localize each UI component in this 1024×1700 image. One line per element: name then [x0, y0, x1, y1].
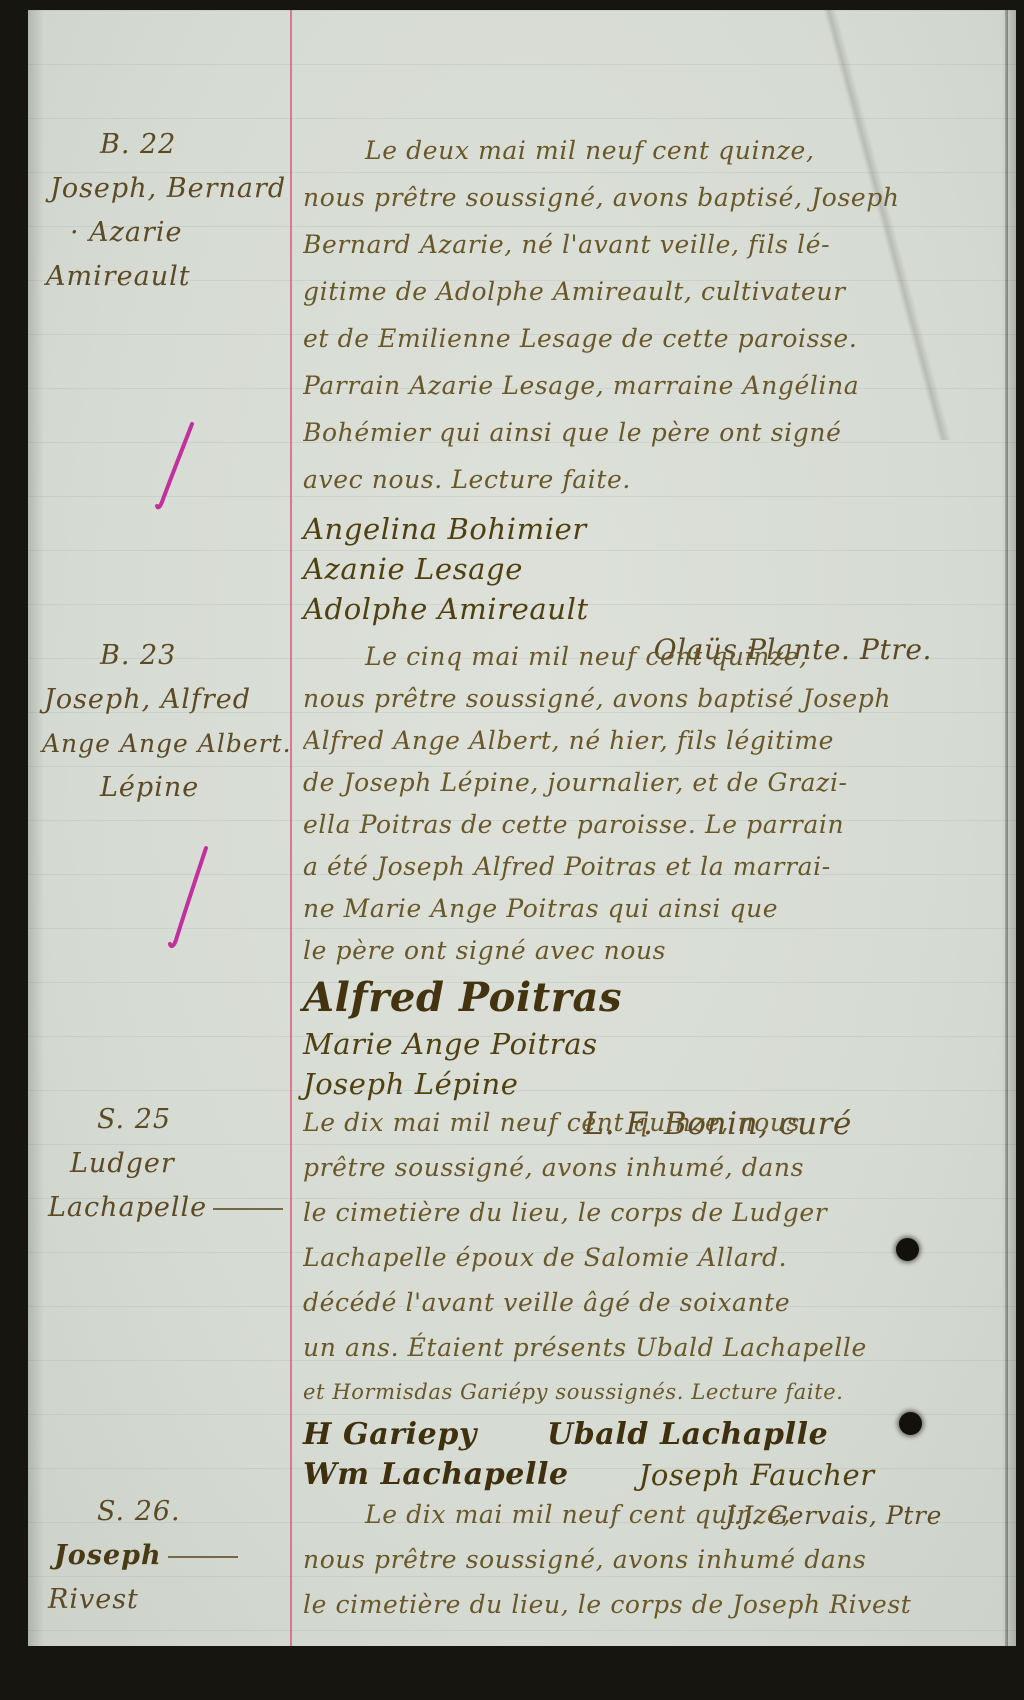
entry-name-line: Lachapelle	[42, 1186, 282, 1230]
register-line: Le dix mai mil neuf cent quinze, nous	[303, 1100, 1002, 1145]
register-line: avec nous. Lecture faite.	[303, 456, 1002, 503]
signature: Joseph Lépine	[303, 1064, 1002, 1104]
checkmark-icon	[146, 418, 206, 518]
entry-name-line: Rivest	[42, 1578, 282, 1622]
register-line: ella Poitras de cette paroisse. Le parra…	[303, 804, 1002, 846]
entry-margin-label: S. 25 Ludger Lachapelle	[42, 1098, 282, 1230]
entry-body: Le dix mai mil neuf cent quinze, nous pr…	[303, 1492, 1002, 1627]
entry-body: Le cinq mai mil neuf cent quinze, nous p…	[303, 636, 1002, 1142]
flourish-line	[213, 1208, 283, 1210]
register-line: nous prêtre soussigné, avons baptisé Jos…	[303, 678, 1002, 720]
signature: H Gariepy	[303, 1415, 477, 1455]
entry-name-line: Ludger	[42, 1142, 282, 1186]
signature: Alfred Poitras	[303, 972, 1002, 1024]
register-line: le père ont signé avec nous	[303, 930, 1002, 972]
register-line: a été Joseph Alfred Poitras et la marrai…	[303, 846, 1002, 888]
checkmark-icon	[158, 842, 218, 957]
signature-row: H Gariepy Ubald Lachaplle	[303, 1415, 1002, 1455]
entry-name-line: · Azarie	[42, 211, 282, 255]
register-line: le cimetière du lieu, le corps de Ludger	[303, 1190, 1002, 1235]
signature: Angelina Bohimier	[303, 509, 1002, 549]
register-line: gitime de Adolphe Amireault, cultivateur	[303, 268, 1002, 315]
entry-name-line: Joseph, Bernard	[42, 167, 282, 211]
entry-number: B. 22	[42, 123, 282, 167]
register-line: Bohémier qui ainsi que le père ont signé	[303, 409, 1002, 456]
page-edge-crease	[1005, 10, 1008, 1646]
entry-margin-label: B. 22 Joseph, Bernard · Azarie Amireault	[42, 123, 282, 299]
entry-name-line: Amireault	[42, 255, 282, 299]
entry-margin-label: S. 26. Joseph Rivest	[42, 1490, 282, 1622]
register-line: Alfred Ange Albert, né hier, fils légiti…	[303, 720, 1002, 762]
register-line: Bernard Azarie, né l'avant veille, fils …	[303, 221, 1002, 268]
register-line: décédé l'avant veille âgé de soixante	[303, 1280, 1002, 1325]
register-line: Le dix mai mil neuf cent quinze,	[303, 1492, 1002, 1537]
signature: Azanie Lesage	[303, 549, 1002, 589]
register-line: Le cinq mai mil neuf cent quinze,	[303, 636, 1002, 678]
register-line: ne Marie Ange Poitras qui ainsi que	[303, 888, 1002, 930]
register-line: le cimetière du lieu, le corps de Joseph…	[303, 1582, 1002, 1627]
register-line: Le deux mai mil neuf cent quinze,	[303, 127, 1002, 174]
punch-hole	[896, 1238, 919, 1261]
register-line: nous prêtre soussigné, avons baptisé, Jo…	[303, 174, 1002, 221]
signature: Marie Ange Poitras	[303, 1024, 1002, 1064]
entry-number: S. 25	[42, 1098, 282, 1142]
signature: Wm Lachapelle	[303, 1455, 569, 1495]
signature: Adolphe Amireault	[303, 589, 1002, 629]
margin-rule-line	[290, 10, 292, 1646]
punch-hole	[899, 1412, 922, 1435]
signature: Ubald Lachaplle	[547, 1415, 828, 1455]
entry-name-line: Lépine	[42, 766, 282, 810]
entry-name-line: Joseph	[42, 1534, 282, 1578]
signature: Joseph Faucher	[639, 1455, 875, 1495]
entry-number: S. 26.	[42, 1490, 282, 1534]
register-line: Lachapelle époux de Salomie Allard.	[303, 1235, 1002, 1280]
register-paper: B. 22 Joseph, Bernard · Azarie Amireault…	[28, 10, 1016, 1646]
register-line: un ans. Étaient présents Ubald Lachapell…	[303, 1325, 1002, 1370]
entry-number: B. 23	[42, 634, 282, 678]
entry-body: Le deux mai mil neuf cent quinze, nous p…	[303, 127, 1002, 666]
entry-name-line: Ange Ange Albert.	[42, 722, 282, 766]
scanned-register-page: { "colors": { "paper": "#d9ddd5", "ink":…	[0, 0, 1024, 1700]
register-line: Parrain Azarie Lesage, marraine Angélina	[303, 362, 1002, 409]
signature-row: Wm Lachapelle Joseph Faucher	[303, 1455, 1002, 1495]
entry-body: Le dix mai mil neuf cent quinze, nous pr…	[303, 1100, 1002, 1530]
register-line: de Joseph Lépine, journalier, et de Graz…	[303, 762, 1002, 804]
register-line: et Hormisdas Gariépy soussignés. Lecture…	[303, 1370, 1002, 1415]
entry-margin-label: B. 23 Joseph, Alfred Ange Ange Albert. L…	[42, 634, 282, 810]
register-line: nous prêtre soussigné, avons inhumé dans	[303, 1537, 1002, 1582]
flourish-line	[168, 1556, 238, 1558]
register-line: et de Emilienne Lesage de cette paroisse…	[303, 315, 1002, 362]
register-line: prêtre soussigné, avons inhumé, dans	[303, 1145, 1002, 1190]
entry-name-line: Joseph, Alfred	[42, 678, 282, 722]
